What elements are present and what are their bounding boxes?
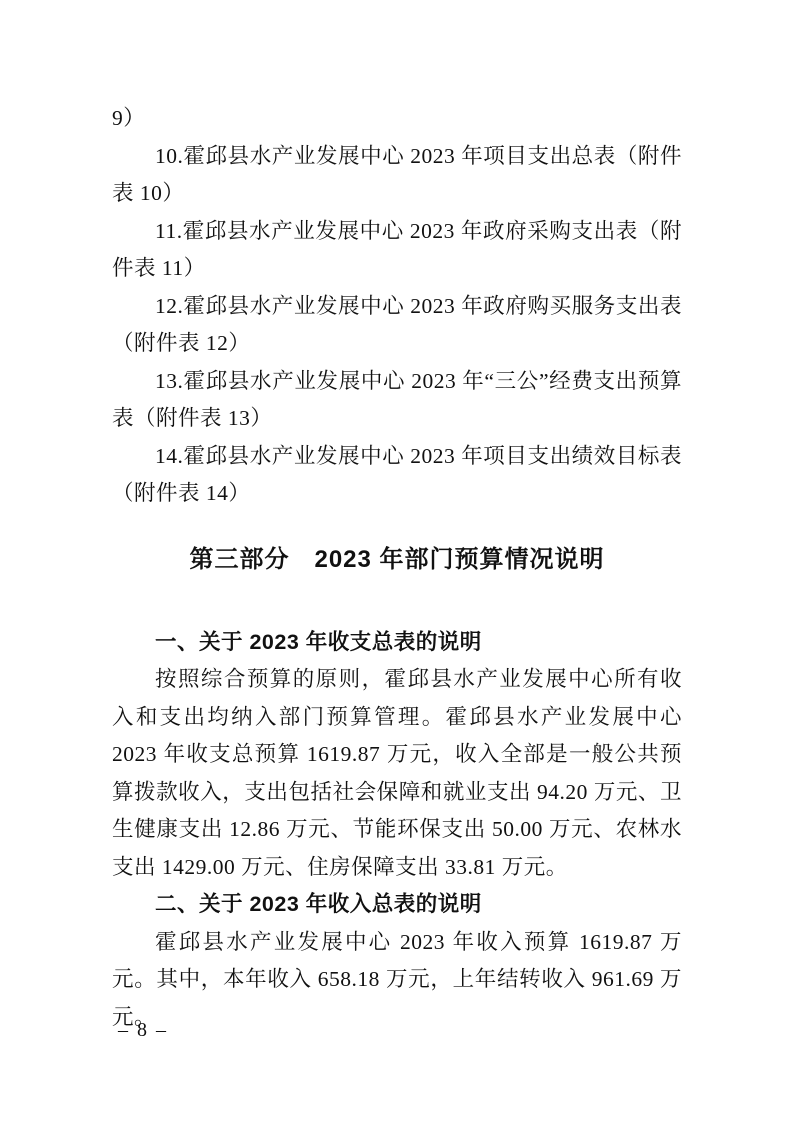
document-page: 9） 10.霍邱县水产业发展中心 2023 年项目支出总表（附件表 10） 11… <box>0 0 793 1122</box>
section-1-paragraph: 按照综合预算的原则，霍邱县水产业发展中心所有收入和支出均纳入部门预算管理。霍邱县… <box>112 661 682 886</box>
page-number: – 8 – <box>118 1018 168 1042</box>
text-block: 9） 10.霍邱县水产业发展中心 2023 年项目支出总表（附件表 10） 11… <box>112 100 682 1036</box>
attachment-item-10: 10.霍邱县水产业发展中心 2023 年项目支出总表（附件表 10） <box>112 138 682 213</box>
attachment-item-12: 12.霍邱县水产业发展中心 2023 年政府购买服务支出表（附件表 12） <box>112 288 682 363</box>
section-2-paragraph: 霍邱县水产业发展中心 2023 年收入预算 1619.87 万元。其中，本年收入… <box>112 924 682 1037</box>
section-1-heading: 一、关于 2023 年收支总表的说明 <box>112 624 682 662</box>
section-2-heading: 二、关于 2023 年收入总表的说明 <box>112 886 682 924</box>
part-heading: 第三部分 2023 年部门预算情况说明 <box>112 541 682 579</box>
attachment-item-9-tail: 9） <box>112 100 682 138</box>
attachment-item-14: 14.霍邱县水产业发展中心 2023 年项目支出绩效目标表（附件表 14） <box>112 438 682 513</box>
attachment-item-11: 11.霍邱县水产业发展中心 2023 年政府采购支出表（附件表 11） <box>112 213 682 288</box>
attachment-item-13: 13.霍邱县水产业发展中心 2023 年“三公”经费支出预算表（附件表 13） <box>112 363 682 438</box>
